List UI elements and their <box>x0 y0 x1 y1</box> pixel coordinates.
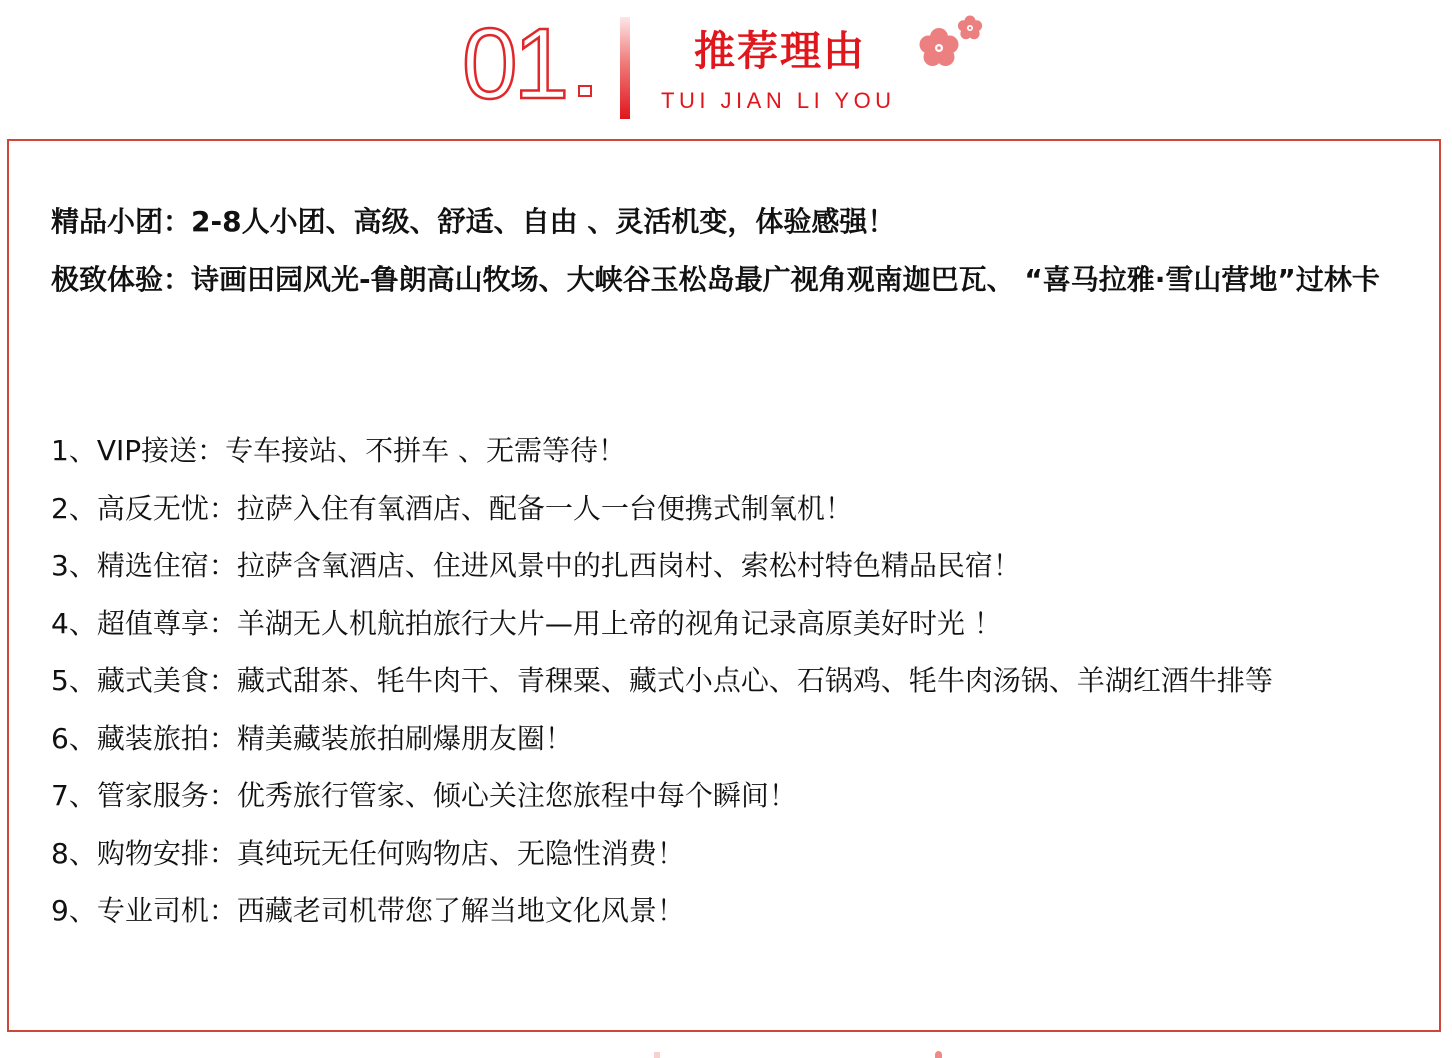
divider-bar <box>620 17 630 119</box>
section-number-dot <box>578 85 592 97</box>
list-item: 3、精选住宿：拉萨含氧酒店、住进风景中的扎西岗村、索松村特色精品民宿！ <box>51 537 1401 595</box>
section-number: 01 <box>462 14 565 114</box>
section-title: 推荐理由 <box>694 26 866 76</box>
list-item: 6、藏装旅拍：精美藏装旅拍刷爆朋友圈！ <box>51 710 1401 768</box>
list-item: 5、藏式美食：藏式甜茶、牦牛肉干、青稞粟、藏式小点心、石锅鸡、牦牛肉汤锅、羊湖红… <box>51 652 1401 710</box>
next-section-flower-fragment <box>935 1051 942 1058</box>
list-item: 1、VIP接送：专车接站、不拼车 、无需等待！ <box>51 422 1401 480</box>
highlights: 精品小团：2-8人小团、高级、舒适、自由 、灵活机变，体验感强！ 极致体验：诗画… <box>51 193 1401 309</box>
next-section-divider-fragment <box>654 1052 660 1058</box>
list-item: 4、超值尊享：羊湖无人机航拍旅行大片—用上帝的视角记录高原美好时光 ！ <box>51 595 1401 653</box>
list-item: 2、高反无忧：拉萨入住有氧酒店、配备一人一台便携式制氧机！ <box>51 480 1401 538</box>
list-item: 7、管家服务：优秀旅行管家、倾心关注您旅程中每个瞬间！ <box>51 767 1401 825</box>
recommendation-card: 精品小团：2-8人小团、高级、舒适、自由 、灵活机变，体验感强！ 极致体验：诗画… <box>7 139 1441 1032</box>
list-item: 9、专业司机：西藏老司机带您了解当地文化风景！ <box>51 882 1401 940</box>
reasons-list: 1、VIP接送：专车接站、不拼车 、无需等待！ 2、高反无忧：拉萨入住有氧酒店、… <box>51 422 1401 940</box>
highlight-small-group: 精品小团：2-8人小团、高级、舒适、自由 、灵活机变，体验感强！ <box>51 193 1401 251</box>
section-header: 01 推荐理由 TUI JIAN LI YOU <box>0 0 1452 130</box>
section-subtitle: TUI JIAN LI YOU <box>661 88 896 114</box>
flower-icon <box>915 12 990 72</box>
list-item: 8、购物安排：真纯玩无任何购物店、无隐性消费！ <box>51 825 1401 883</box>
highlight-ultimate-experience: 极致体验：诗画田园风光-鲁朗高山牧场、大峡谷玉松岛最广视角观南迦巴瓦、 “喜马拉… <box>51 251 1401 309</box>
